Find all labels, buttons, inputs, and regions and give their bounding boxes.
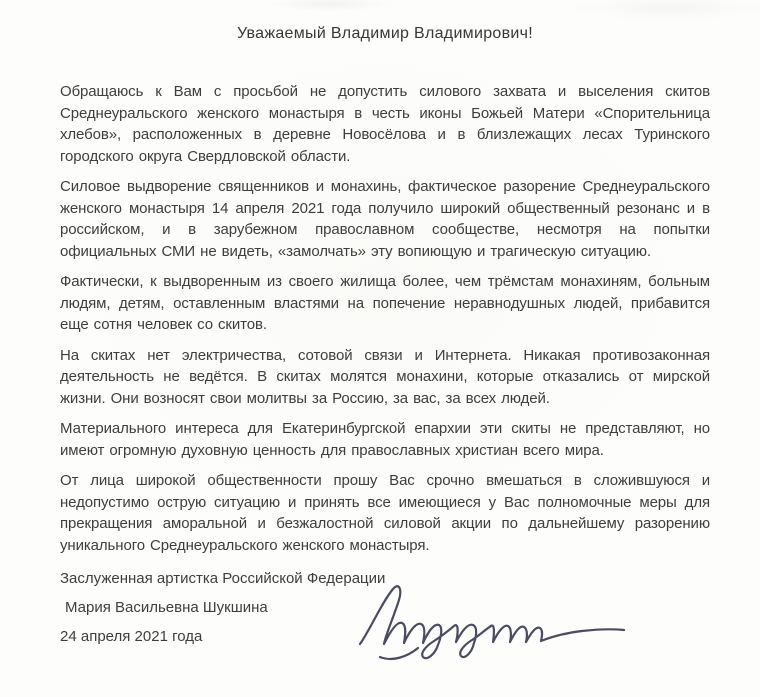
signature-block: Заслуженная артистка Российской Федераци… xyxy=(60,568,390,655)
paragraph-2: Силовое выдворение священников и монахин… xyxy=(60,176,710,262)
letter-body: Уважаемый Владимир Владимирович! Обращаю… xyxy=(60,0,710,565)
signatory-name: Мария Васильевна Шукшина xyxy=(60,597,390,618)
salutation: Уважаемый Владимир Владимирович! xyxy=(60,25,710,43)
signatory-title: Заслуженная артистка Российской Федераци… xyxy=(60,568,390,589)
handwritten-signature-icon xyxy=(352,580,636,666)
paragraph-3: Фактически, к выдворенным из своего жили… xyxy=(60,271,710,336)
paragraph-1: Обращаюсь к Вам с просьбой не допустить … xyxy=(60,81,710,167)
letter-paragraphs: Обращаюсь к Вам с просьбой не допустить … xyxy=(60,81,710,556)
scanned-letter-page: Уважаемый Владимир Владимирович! Обращаю… xyxy=(0,0,760,697)
letter-date: 24 апреля 2021 года xyxy=(60,626,390,647)
paragraph-5: Материального интереса для Екатеринбургс… xyxy=(60,418,710,461)
paragraph-6: От лица широкой общественности прошу Вас… xyxy=(60,470,710,556)
paragraph-4: На скитах нет электричества, сотовой свя… xyxy=(60,345,710,410)
